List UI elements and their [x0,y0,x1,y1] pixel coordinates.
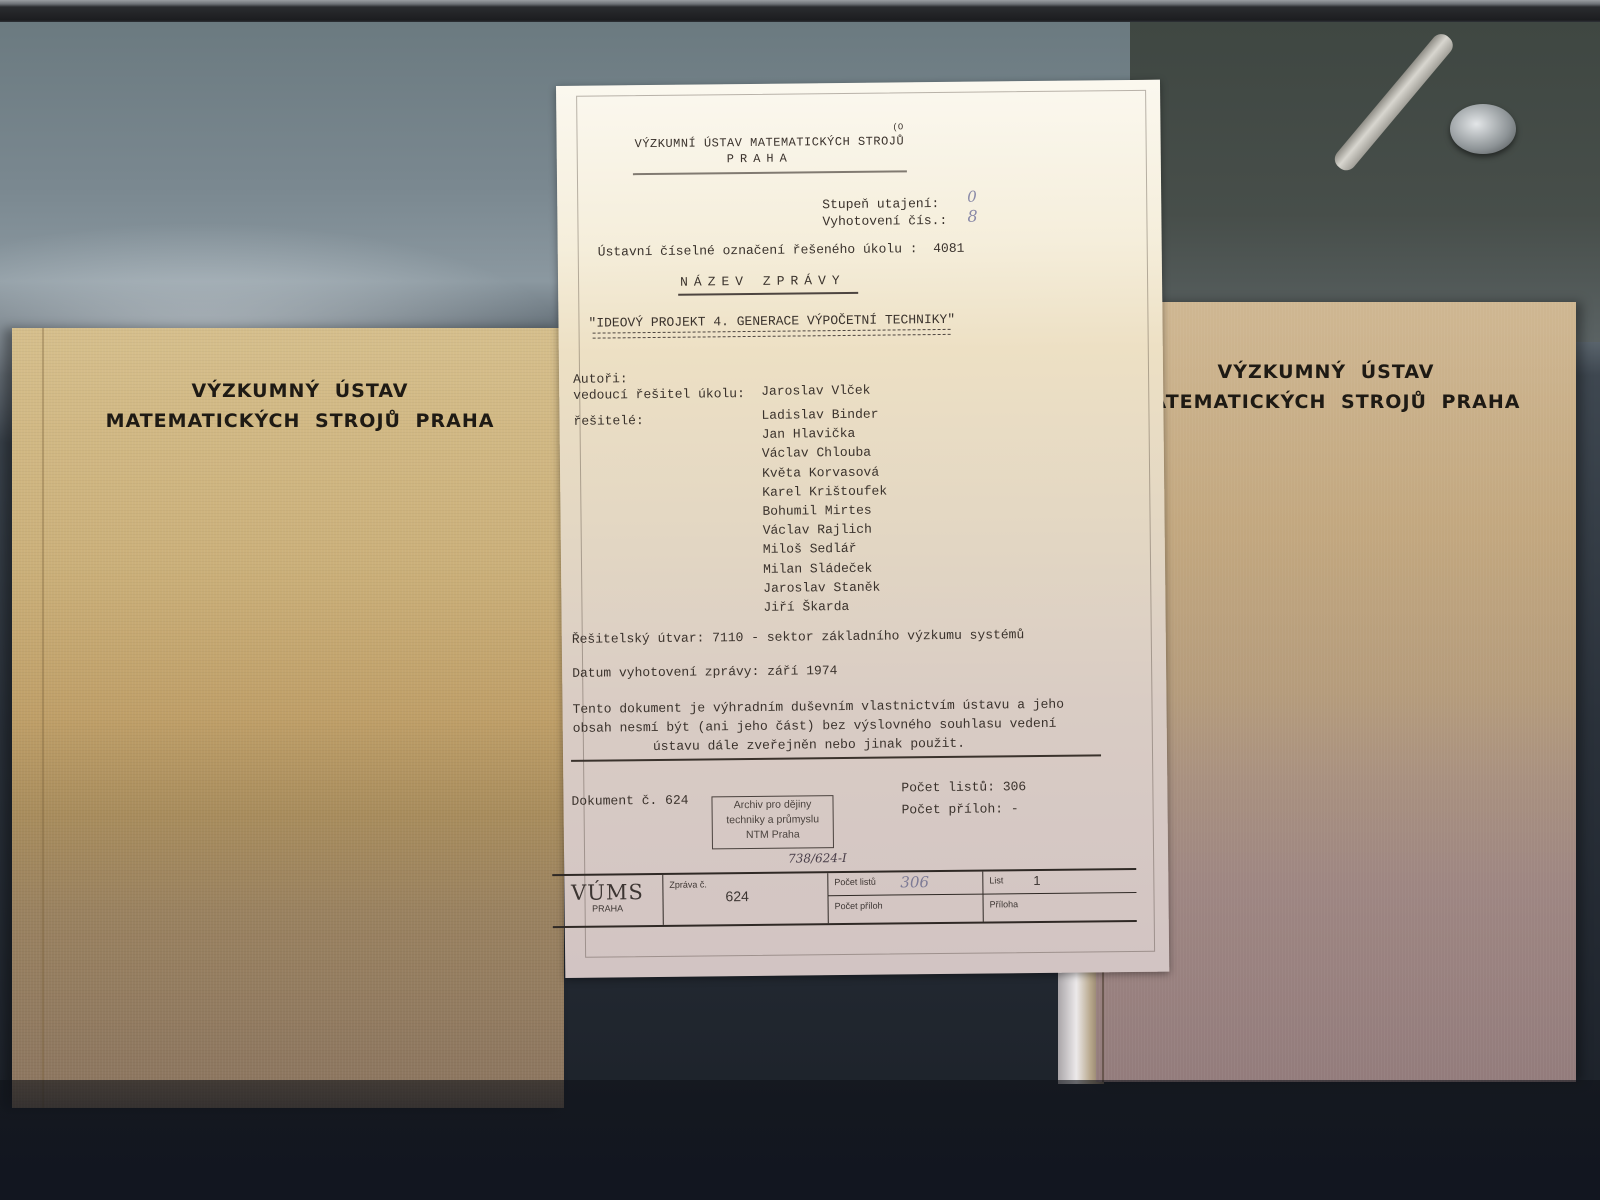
archive-stamp: Archiv pro dějiny techniky a průmyslu NT… [711,795,834,849]
footer-sheets-row: Počet listů 306 [828,872,982,897]
vums-logo: VÚMS PRAHA [552,875,664,926]
solver-name: Jan Hlavička [762,426,887,446]
ring-mark: (O [892,122,903,132]
footer-sheets-value: 306 [900,873,929,891]
document-number: Dokument č. 624 [571,793,688,809]
support-rod-base [1450,104,1516,154]
display-case-floor [0,1080,1600,1200]
solver-name: Václav Chlouba [762,445,887,465]
solver-name: Jiří Škarda [763,598,888,618]
logo-city: PRAHA [553,903,663,914]
report-number-label: Zpráva č. [669,879,707,889]
sheet-count: Počet listů: 306 [901,779,1026,795]
footer-list-label: List [989,875,1003,885]
footer-attachments-label: Počet příloh [835,901,883,912]
footer-list-row: List 1 [983,870,1136,895]
stamp-line-2: techniky a průmyslu [713,812,833,828]
copy-number-label: Vyhotovení čís.: [822,213,947,229]
secrecy-value: 0 [967,188,977,206]
solver-name: Květa Korvasová [762,464,887,484]
book-left-title-line1: VÝZKUMNÝ ÚSTAV [24,376,576,406]
lead-label: vedoucí řešitel úkolu: [573,386,745,403]
report-title-page: VÝZKUMNÍ ÚSTAV MATEMATICKÝCH STROJŮ (O P… [556,80,1169,978]
solver-name: Karel Krištoufek [762,483,887,503]
solver-name: Ladislav Binder [761,407,886,427]
copy-number-value: 8 [967,207,977,226]
institute-name: VÝZKUMNÍ ÚSTAV MATEMATICKÝCH STROJŮ [635,134,905,151]
institute-city: PRAHA [727,152,793,167]
footer-sheet-cell: List 1 Příloha [983,870,1137,922]
display-case-background-panel [1130,22,1600,342]
footer-report-cell: Zpráva č. 624 [663,873,829,925]
solver-name: Bohumil Mirtes [762,502,887,522]
solver-name: Miloš Sedlář [763,541,888,561]
display-case-frame [0,0,1600,22]
stamp-line-1: Archiv pro dějiny [712,797,832,813]
solver-name: Milan Sládeček [763,560,888,580]
footer-counts-cell: Počet listů 306 Počet příloh [828,872,984,924]
footer-table: VÚMS PRAHA Zpráva č. 624 Počet listů 306… [552,868,1137,928]
attachment-count: Počet příloh: - [902,801,1019,817]
lead-name: Jaroslav Vlček [761,383,870,399]
book-left-title: VÝZKUMNÝ ÚSTAV MATEMATICKÝCH STROJŮ PRAH… [24,376,576,436]
logo-text: VÚMS [552,881,662,904]
report-date: Datum vyhotovení zprávy: září 1974 [572,663,837,681]
notice-line-2: obsah nesmí být (ani jeho část) bez výsl… [573,716,1057,736]
solvers-label: řešitelé: [573,413,643,429]
report-name-heading: NÁZEV ZPRÁVY [680,273,846,290]
solver-name: Jaroslav Staněk [763,579,888,599]
notice-line-1: Tento dokument je výhradním duševním vla… [572,697,1064,717]
solvers-list: Ladislav Binder Jan Hlavička Václav Chlo… [761,407,888,619]
ownership-notice: Tento dokument je výhradním duševním vla… [572,694,1113,757]
authors-label: Autoři: [573,371,628,387]
secrecy-label: Stupeň utajení: [822,196,939,212]
footer-sheets-label: Počet listů [834,877,876,887]
display-case-scene: VÝZKUMNÝ ÚSTAV MATEMATICKÝCH STROJŮ PRAH… [0,0,1600,1200]
book-left-cover: VÝZKUMNÝ ÚSTAV MATEMATICKÝCH STROJŮ PRAH… [12,328,564,1108]
solver-name: Václav Rajlich [763,522,888,542]
archive-reference: 738/624-I [788,851,847,866]
footer-attachment-label: Příloha [990,899,1019,909]
book-left-title-line2: MATEMATICKÝCH STROJŮ PRAHA [24,406,576,436]
report-number-value: 624 [725,888,749,904]
stamp-line-3: NTM Praha [713,827,833,843]
footer-list-value: 1 [1033,873,1040,888]
